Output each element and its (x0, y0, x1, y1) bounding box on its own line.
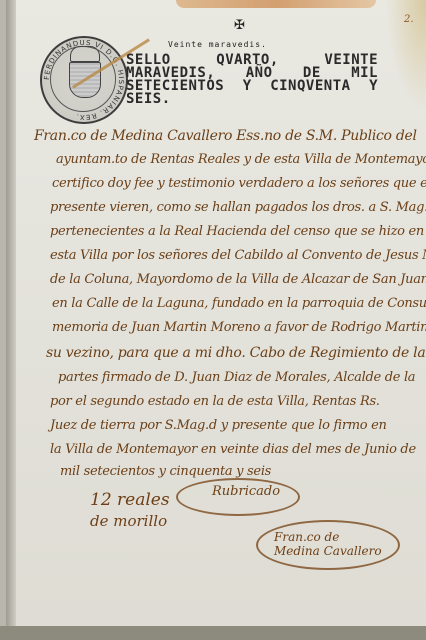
signature-center: Rubricado (212, 484, 280, 499)
body-line: su vezino, para que a mi dho. Cabo de Re… (46, 345, 425, 361)
body-line: memoria de Juan Martin Moreno a favor de… (52, 320, 426, 335)
printed-header: SELLO QVARTO, VEINTE MARAVEDIS, AÑO DE M… (126, 54, 378, 106)
cross-icon: ✠ (234, 18, 245, 33)
page-binding-edge (6, 0, 16, 640)
body-line: ayuntam.to de Rentas Reales y de esta Vi… (56, 152, 426, 167)
body-line: Juez de tierra por S.Mag.d y presente qu… (50, 418, 387, 433)
body-line: Fran.co de Medina Cavallero Ess.no de S.… (34, 128, 417, 144)
signature-notary: Fran.co de Medina Cavallero (274, 530, 384, 558)
body-line: en la Calle de la Laguna, fundado en la … (52, 296, 426, 311)
page-bottom-shadow (0, 626, 426, 640)
body-line: partes firmado de D. Juan Diaz de Morale… (58, 370, 415, 385)
page-number: 2. (404, 14, 414, 25)
body-line: la Villa de Montemayor en veinte dias de… (50, 442, 416, 457)
body-line: de la Coluna, Mayordomo de la Villa de A… (50, 272, 426, 287)
body-line: pertenecientes a la Real Hacienda del ce… (50, 224, 424, 239)
body-line: esta Villa por los señores del Cabildo a… (50, 248, 426, 263)
body-line: por el segundo estado en la de esta Vill… (50, 394, 380, 409)
top-stain (176, 0, 376, 8)
marginal-note-amount: 12 reales (90, 490, 170, 510)
body-line: presente vieren, como se hallan pagados … (50, 200, 426, 215)
document-page: 2. ✠ FERDINANDUS VI D.G. HISPANIAR. REX.… (6, 0, 426, 640)
tax-line: Veinte maravedis. (168, 40, 267, 49)
body-line: mil setecientos y cinquenta y seis (60, 464, 271, 479)
marginal-note-currency: de morillo (90, 512, 167, 530)
body-line: certifico doy fee y testimonio verdadero… (52, 176, 426, 191)
